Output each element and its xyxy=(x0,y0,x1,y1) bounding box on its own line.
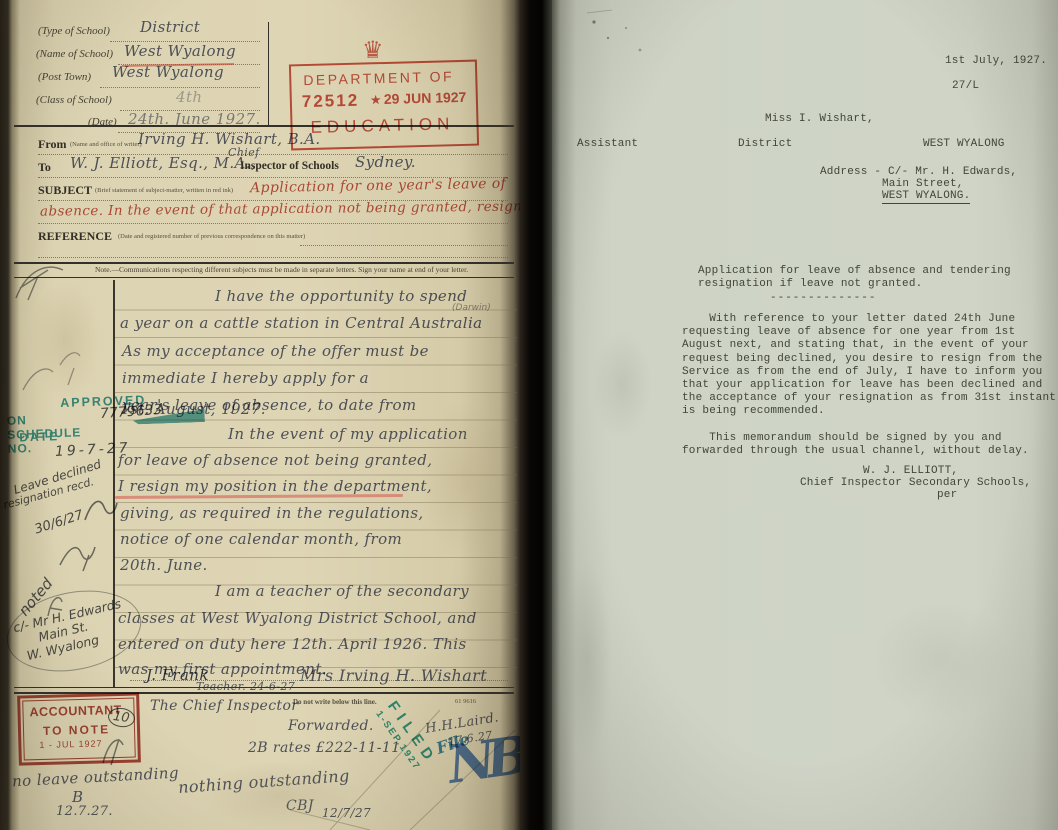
body-line: 20th. June. xyxy=(120,556,208,574)
body-line: I resign my position in the department, xyxy=(118,477,432,495)
body-line: As my acceptance of the offer must be xyxy=(122,342,429,360)
pencil-cross-lines xyxy=(290,690,520,830)
chief-inspector-note: The Chief Inspector xyxy=(150,698,298,714)
post-town-label: (Post Town) xyxy=(38,71,91,83)
post-town-value: West Wyalong xyxy=(112,63,224,81)
body-line: giving, as required in the regulations, xyxy=(120,504,424,522)
class-of-school-label: (Class of School) xyxy=(36,94,112,106)
reference-note: (Date and registered number of previous … xyxy=(118,233,305,240)
signature-per: per xyxy=(937,489,957,502)
subject-divider: -------------- xyxy=(770,292,876,305)
received-stamp-date: 29 JUN 1927 xyxy=(384,89,467,107)
pencil-scribble xyxy=(8,258,78,308)
accountant-stamp-date: 1 - JUL 1927 xyxy=(39,738,102,750)
note-top-rule xyxy=(14,262,514,264)
letter-paragraph-1: With reference to your letter dated 24th… xyxy=(682,313,1056,419)
recipient-station: WEST WYALONG xyxy=(923,138,1005,151)
name-of-school-value: West Wyalong xyxy=(124,42,236,60)
letter-date: 1st July, 1927. xyxy=(945,55,1047,68)
body-line: for leave of absence not being granted, xyxy=(118,451,432,469)
to-printed: Inspector of Schools xyxy=(240,160,339,172)
signature-title: Chief Inspector Secondary Schools, xyxy=(800,477,1031,490)
book-gutter xyxy=(520,0,552,830)
body-line: notice of one calendar month, from xyxy=(120,530,402,548)
letter-subject: Application for leave of absence and ten… xyxy=(698,265,1011,291)
class-of-school-value: 4th xyxy=(176,88,202,106)
pencil-scribble xyxy=(18,330,88,400)
body-line: In the event of my application xyxy=(228,425,468,443)
to-label: To xyxy=(38,160,51,175)
body-line: I am a teacher of the secondary xyxy=(215,582,469,600)
letter-recipient: Miss I. Wishart, xyxy=(765,113,874,126)
name-of-school-label: (Name of School) xyxy=(36,48,113,60)
header-vertical-rule xyxy=(268,22,269,125)
recipient-school-type: District xyxy=(738,138,792,151)
received-stamp: DEPARTMENT OF 72512 ★ 29 JUN 1927 EDUCAT… xyxy=(289,60,479,151)
reference-rule-2 xyxy=(38,256,508,258)
to-inserted-word: Chief xyxy=(228,146,260,159)
subject-handwriting-1: Application for one year's leave of xyxy=(250,176,506,196)
received-stamp-line2: EDUCATION xyxy=(310,114,454,138)
paper-stain xyxy=(872,600,1012,720)
from-note: (Name and office of writer) xyxy=(70,141,142,148)
letter-paragraph-2: This memorandum should be signed by you … xyxy=(682,432,1029,458)
darwin-pencil-note: (Darwin) xyxy=(452,303,491,313)
note-bottom-rule xyxy=(14,277,514,278)
from-label: From xyxy=(38,137,66,152)
received-stamp-line1: DEPARTMENT OF xyxy=(303,68,454,88)
letter-reference: 27/L xyxy=(952,80,979,93)
applicant-signature: Mrs Irving H. Wishart xyxy=(300,666,487,685)
pencil-initials-scribble xyxy=(55,535,100,575)
reference-rule xyxy=(300,244,508,246)
paper-stain xyxy=(592,330,652,440)
signature-rule xyxy=(130,679,508,681)
subject-handwriting-2: absence. In the event of that applicatio… xyxy=(40,198,520,219)
subject-label: SUBJECT xyxy=(38,183,92,198)
paper-specks xyxy=(582,8,672,68)
type-of-school-label: (Type of School) xyxy=(38,25,110,37)
body-line: a year on a cattle station in Central Au… xyxy=(120,314,483,332)
paper-stain xyxy=(562,560,612,760)
star-icon: ★ xyxy=(370,92,382,108)
recipient-position: Assistant xyxy=(577,138,638,151)
subject-note: (Brief statement of subject-matter, writ… xyxy=(95,187,233,194)
address-line-3-underlined: WEST WYALONG. xyxy=(882,190,970,204)
date-30-6-note: 30/6/27 xyxy=(33,508,85,538)
right-page-letter: 1st July, 1927. 27/L Miss I. Wishart, As… xyxy=(552,0,1058,830)
body-line: classes at West Wyalong District School,… xyxy=(118,609,477,627)
type-of-school-value: District xyxy=(140,18,200,36)
reference-label: REFERENCE xyxy=(38,229,112,244)
body-line: entered on duty here 12th. April 1926. T… xyxy=(118,635,467,653)
b-date: 12.7.27. xyxy=(56,804,113,819)
left-page-form: (Type of School) District (Name of Schoo… xyxy=(0,0,520,830)
crown-icon: ♛ xyxy=(362,36,384,65)
received-stamp-number: 72512 xyxy=(302,91,360,112)
approved-stamp-line3: DATE xyxy=(19,429,59,444)
pencil-initials-scribble xyxy=(95,725,135,770)
body-line: I have the opportunity to spend xyxy=(215,287,467,305)
separate-letters-note: Note.—Communications respecting differen… xyxy=(95,265,468,274)
pencil-initials-scribble xyxy=(80,495,120,525)
no-leave-outstanding-note: no leave outstanding xyxy=(12,764,180,791)
body-line: immediate I hereby apply for a xyxy=(122,369,369,387)
subject-rule-2 xyxy=(38,222,508,224)
footer-rule-1 xyxy=(14,687,514,688)
to-place: Sydney. xyxy=(355,153,416,171)
